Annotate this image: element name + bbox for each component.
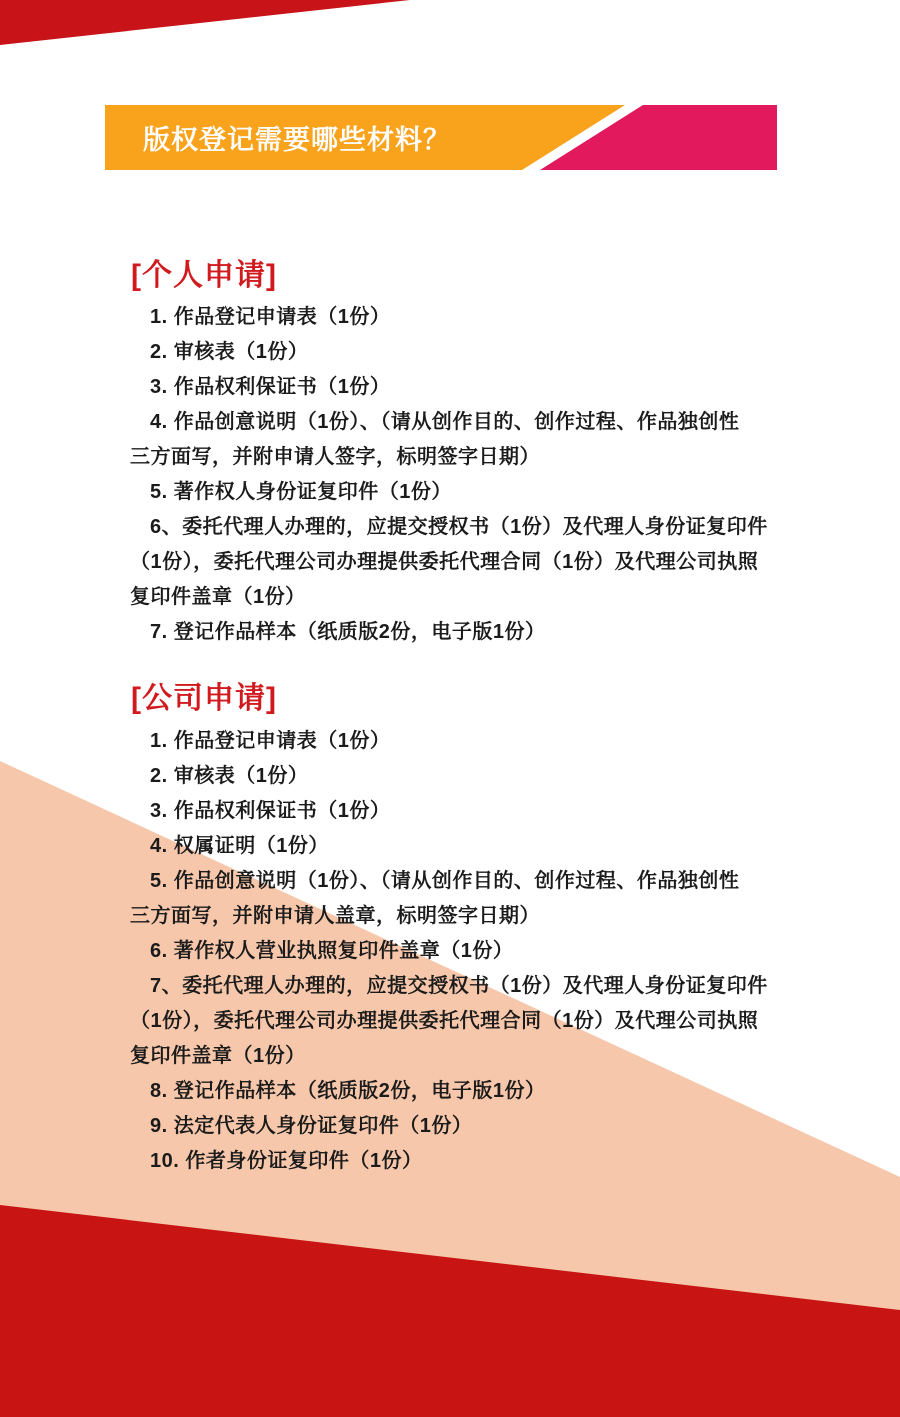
list-line: 三方面写，并附申请人盖章，标明签字日期）: [130, 899, 830, 934]
list-line: 2. 审核表（1份）: [130, 759, 830, 794]
list-line: 3. 作品权利保证书（1份）: [130, 794, 830, 829]
company-application-list: 1. 作品登记申请表（1份）2. 审核表（1份）3. 作品权利保证书（1份）4.…: [130, 724, 830, 1179]
page-title: 版权登记需要哪些材料？: [143, 105, 451, 170]
list-line: 7. 登记作品样本（纸质版2份，电子版1份）: [130, 615, 830, 650]
list-line: 1. 作品登记申请表（1份）: [130, 300, 830, 335]
list-line: 3. 作品权利保证书（1份）: [130, 370, 830, 405]
list-line: 6、委托代理人办理的，应提交授权书（1份）及代理人身份证复印件: [130, 510, 830, 545]
list-line: 5. 著作权人身份证复印件（1份）: [130, 475, 830, 510]
list-line: 5. 作品创意说明（1份）、（请从创作目的、创作过程、作品独创性: [130, 864, 830, 899]
list-line: （1份），委托代理公司办理提供委托代理合同（1份）及代理公司执照: [130, 545, 830, 580]
section-heading-individual: [个人申请]: [131, 250, 277, 294]
list-line: 7、委托代理人办理的，应提交授权书（1份）及代理人身份证复印件: [130, 969, 830, 1004]
individual-application-list: 1. 作品登记申请表（1份）2. 审核表（1份）3. 作品权利保证书（1份）4.…: [130, 300, 830, 650]
list-line: 三方面写，并附申请人签字，标明签字日期）: [130, 440, 830, 475]
list-line: （1份），委托代理公司办理提供委托代理合同（1份）及代理公司执照: [130, 1004, 830, 1039]
list-line: 2. 审核表（1份）: [130, 335, 830, 370]
list-line: 1. 作品登记申请表（1份）: [130, 724, 830, 759]
list-line: 8. 登记作品样本（纸质版2份，电子版1份）: [130, 1074, 830, 1109]
list-line: 复印件盖章（1份）: [130, 580, 830, 615]
top-red-ribbon-shape: [0, 0, 410, 45]
poster-page: 版权登记需要哪些材料？ [个人申请] 1. 作品登记申请表（1份）2. 审核表（…: [0, 0, 900, 1417]
list-line: 9. 法定代表人身份证复印件（1份）: [130, 1109, 830, 1144]
list-line: 4. 作品创意说明（1份）、（请从创作目的、创作过程、作品独创性: [130, 405, 830, 440]
list-line: 10. 作者身份证复印件（1份）: [130, 1144, 830, 1179]
list-line: 6. 著作权人营业执照复印件盖章（1份）: [130, 934, 830, 969]
section-heading-company: [公司申请]: [131, 673, 277, 717]
list-line: 复印件盖章（1份）: [130, 1039, 830, 1074]
list-line: 4. 权属证明（1份）: [130, 829, 830, 864]
